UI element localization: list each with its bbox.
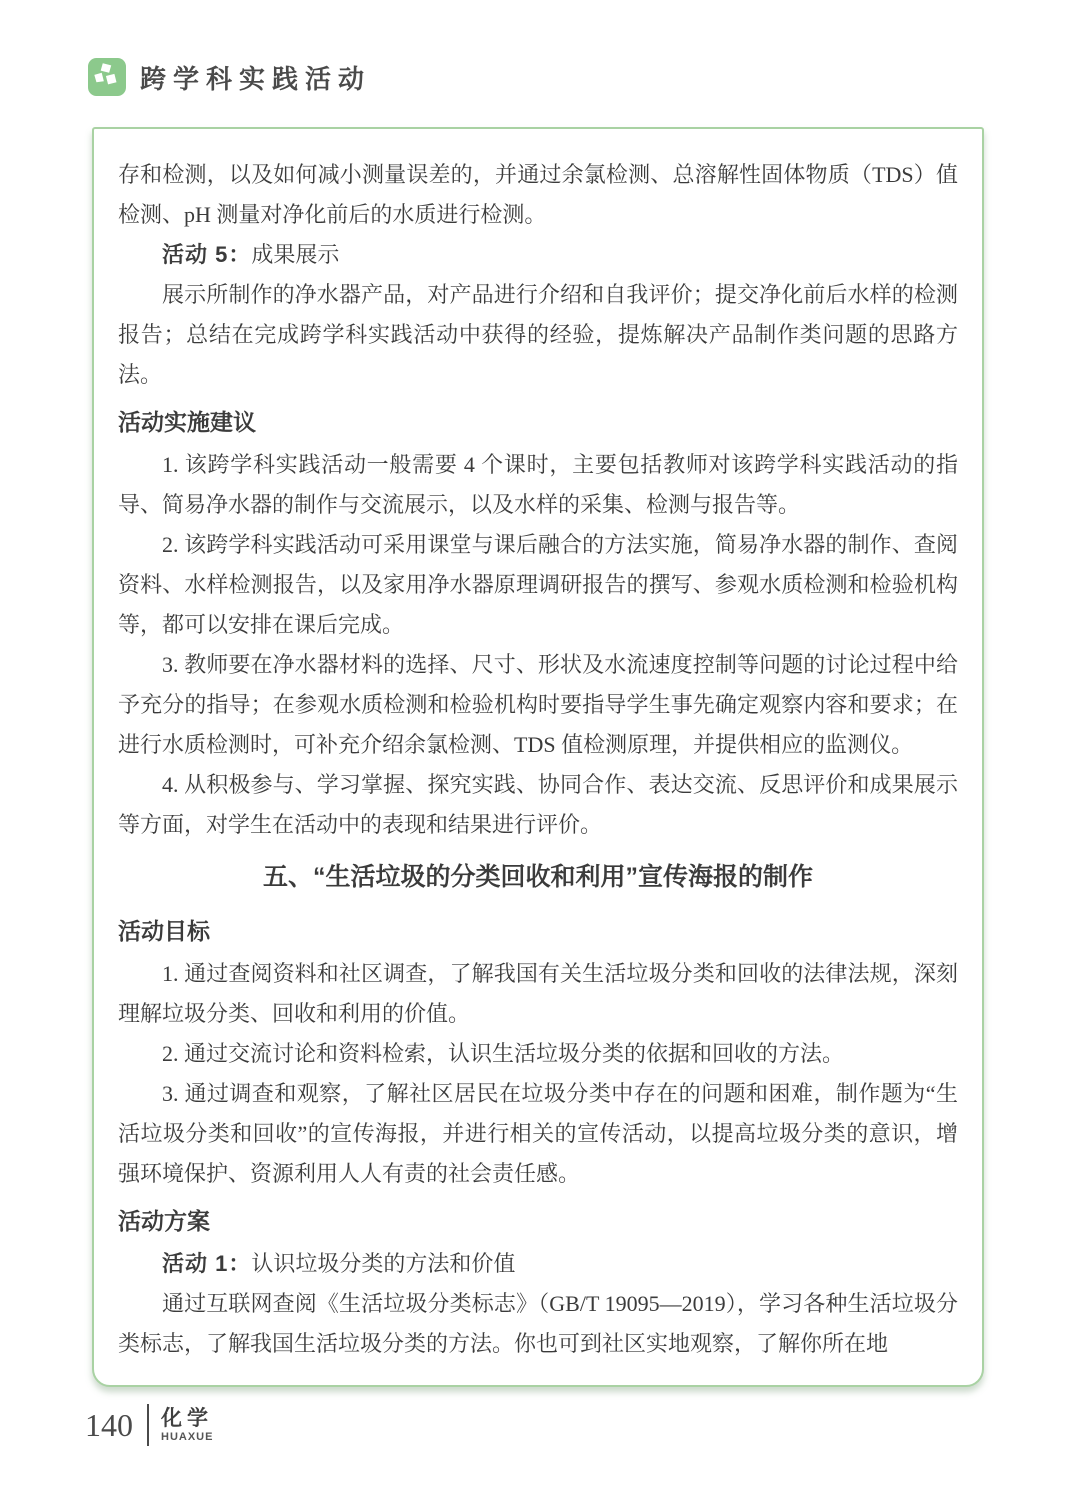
- paragraph-text: 1. 通过查阅资料和社区调查，了解我国有关生活垃圾分类和回收的法律法规，深刻理解…: [118, 961, 958, 1026]
- paragraph-body: 1. 通过查阅资料和社区调查，了解我国有关生活垃圾分类和回收的法律法规，深刻理解…: [118, 954, 958, 1034]
- paragraph-heading: 活动实施建议: [118, 402, 958, 442]
- paragraph-body: 3. 教师要在净水器材料的选择、尺寸、形状及水流速度控制等问题的讨论过程中给予充…: [118, 645, 958, 765]
- paragraph-text: 活动实施建议: [118, 409, 256, 435]
- paragraph-body: 3. 通过调查和观察，了解社区居民在垃圾分类中存在的问题和困难，制作题为“生活垃…: [118, 1074, 958, 1194]
- paragraph-text: 活动目标: [118, 918, 210, 944]
- interdisciplinary-activity-icon: [88, 58, 126, 96]
- activity-label: 活动 5：: [162, 242, 251, 267]
- paragraph-activity: 活动 5：成果展示: [118, 235, 958, 275]
- book-title: 化学: [161, 1407, 213, 1431]
- page-title: 跨学科实践活动: [140, 59, 371, 96]
- paragraph-text: 成果展示: [251, 242, 339, 267]
- paragraph-text: 认识垃圾分类的方法和价值: [251, 1251, 515, 1276]
- paragraph-body: 4. 从积极参与、学习掌握、探究实践、协同合作、表达交流、反思评价和成果展示等方…: [118, 765, 958, 845]
- paragraph-text: 3. 教师要在净水器材料的选择、尺寸、形状及水流速度控制等问题的讨论过程中给予充…: [118, 652, 958, 757]
- paragraph-text: 通过互联网查阅《生活垃圾分类标志》（GB/T 19095—2019），学习各种生…: [118, 1291, 958, 1356]
- paragraph-text: 存和检测，以及如何减小测量误差的，并通过余氯检测、总溶解性固体物质（TDS）值检…: [118, 162, 958, 227]
- paragraph-body: 存和检测，以及如何减小测量误差的，并通过余氯检测、总溶解性固体物质（TDS）值检…: [118, 155, 958, 235]
- paragraph-text: 4. 从积极参与、学习掌握、探究实践、协同合作、表达交流、反思评价和成果展示等方…: [118, 772, 958, 837]
- activity-label: 活动 1：: [162, 1251, 251, 1276]
- page-number: 140: [85, 1407, 133, 1444]
- paragraph-body: 2. 该跨学科实践活动可采用课堂与课后融合的方法实施，简易净水器的制作、查阅资料…: [118, 525, 958, 645]
- paragraph-text: 活动方案: [118, 1208, 210, 1234]
- paragraph-body: 通过互联网查阅《生活垃圾分类标志》（GB/T 19095—2019），学习各种生…: [118, 1284, 958, 1364]
- paragraph-text: 1. 该跨学科实践活动一般需要 4 个课时，主要包括教师对该跨学科实践活动的指导…: [118, 452, 958, 517]
- paragraph-heading: 活动方案: [118, 1201, 958, 1241]
- content-box: 存和检测，以及如何减小测量误差的，并通过余氯检测、总溶解性固体物质（TDS）值检…: [92, 127, 984, 1387]
- paragraph-activity: 活动 1：认识垃圾分类的方法和价值: [118, 1244, 958, 1284]
- paragraph-text: 展示所制作的净水器产品，对产品进行介绍和自我评价；提交净化前后水样的检测报告；总…: [118, 282, 958, 387]
- paragraph-body: 1. 该跨学科实践活动一般需要 4 个课时，主要包括教师对该跨学科实践活动的指导…: [118, 445, 958, 525]
- paragraph-text: 五、“生活垃圾的分类回收和利用”宣传海报的制作: [263, 863, 813, 891]
- paragraph-body: 2. 通过交流讨论和资料检索，认识生活垃圾分类的依据和回收的方法。: [118, 1034, 958, 1074]
- paragraph-text: 3. 通过调查和观察，了解社区居民在垃圾分类中存在的问题和困难，制作题为“生活垃…: [118, 1081, 958, 1186]
- paragraph-section-title: 五、“生活垃圾的分类回收和利用”宣传海报的制作: [118, 857, 958, 897]
- book-title-pinyin: HUAXUE: [161, 1431, 213, 1444]
- page-header: 跨学科实践活动: [88, 58, 371, 96]
- paragraph-text: 2. 通过交流讨论和资料检索，认识生活垃圾分类的依据和回收的方法。: [162, 1041, 844, 1066]
- paragraph-heading: 活动目标: [118, 911, 958, 951]
- paragraph-text: 2. 该跨学科实践活动可采用课堂与课后融合的方法实施，简易净水器的制作、查阅资料…: [118, 532, 958, 637]
- paragraph-body: 展示所制作的净水器产品，对产品进行介绍和自我评价；提交净化前后水样的检测报告；总…: [118, 275, 958, 395]
- footer-book-block: 化学 HUAXUE: [161, 1407, 213, 1444]
- page-footer: 140 化学 HUAXUE: [85, 1404, 213, 1446]
- footer-divider: [147, 1404, 149, 1446]
